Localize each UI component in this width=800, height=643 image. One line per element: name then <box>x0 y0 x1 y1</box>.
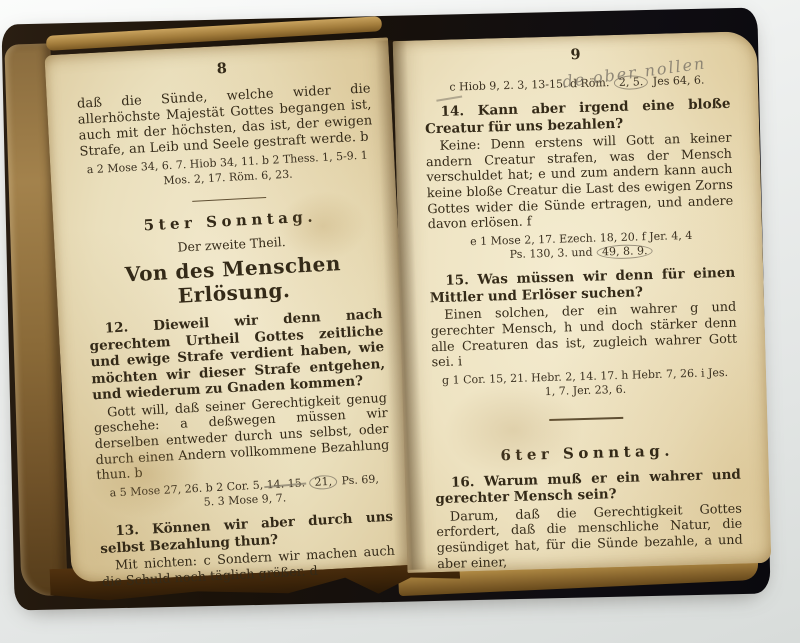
reference-text: Ps. 130, 3. und <box>510 246 593 261</box>
answer-14: Keine: Denn erstens will Gott an keiner … <box>425 131 733 233</box>
pencil-circled-reference: 21, <box>309 474 337 489</box>
section-divider <box>192 197 266 202</box>
pencil-struck-reference: 14. 15. <box>266 476 305 491</box>
scripture-references: g 1 Cor. 15, 21. Hebr. 2, 14. 17. h Hebr… <box>438 366 733 403</box>
section-title: Von des Menschen Erlösung. <box>85 250 381 313</box>
pencil-circled-reference: 49, 8. 9. <box>597 244 653 260</box>
reference-text: b 2 Cor. 5, <box>205 478 263 494</box>
book-page-right: de ober nollen 9 c Hiob 9, 2. 3, 13-15. … <box>393 31 772 573</box>
answer-15: Einen solchen, der ein wahrer g und gere… <box>430 300 738 371</box>
pencil-mark <box>436 95 462 101</box>
scripture-references: e 1 Mose 2, 17. Ezech. 18, 20. f Jer. 4,… <box>434 228 729 265</box>
book-page-left: 8 daß die Sünde, welche wider die allerh… <box>44 37 415 582</box>
answer-12: Gott will, daß seiner Gerechtigkeit genu… <box>93 391 391 484</box>
reference-text: f Jer. 4, 4 <box>642 229 693 243</box>
reference-text: a 5 Mose 27, 26. <box>109 482 202 500</box>
reference-text: c Hiob 9, 2. 3, 13-15. <box>449 77 566 93</box>
reference-text: e 1 Mose 2, 17. <box>470 233 556 248</box>
answer-16: Darum, daß die Gerechtigkeit Gottes erfo… <box>436 501 744 572</box>
book-photo: 8 daß die Sünde, welche wider die allerh… <box>0 0 800 643</box>
page-number-left: 8 <box>75 52 369 84</box>
sunday-heading: 6ter Sonntag. <box>434 439 740 466</box>
section-divider <box>549 417 623 420</box>
question-12: 12. Dieweil wir denn nach gerechtem Urth… <box>88 306 386 404</box>
reference-text: Ezech. 18, 20. <box>559 230 638 245</box>
paragraph-continuation: daß die Sünde, welche wider die allerhöc… <box>77 81 374 161</box>
reference-text: 3 Mose 9, 7. <box>217 491 286 508</box>
